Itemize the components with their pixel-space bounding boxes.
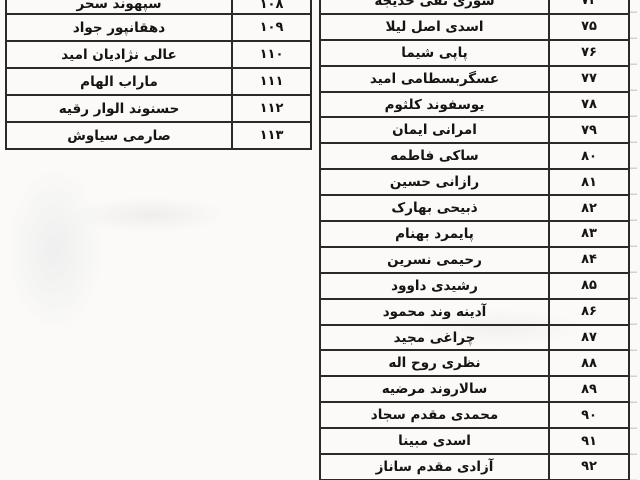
person-name-cell: ساکی فاطمه (321, 144, 548, 168)
table-row: حسنوند الوار رقیه ۱۱۲ (7, 96, 310, 123)
left-roster-table: سپهوند سحر ۱۰۸ دهقانپور جواد ۱۰۹ عالی نژ… (5, 0, 312, 150)
row-number: ۸۵ (581, 278, 597, 293)
person-name-cell: چراغی مجید (321, 326, 548, 350)
row-number: ۸۲ (581, 201, 597, 216)
table-row: نظری روح اله ۸۸ (321, 351, 628, 377)
person-name: اسدی مبینا (398, 433, 471, 449)
row-number: ۹۰ (581, 408, 597, 423)
person-name: عالی نژادیان امید (61, 47, 176, 63)
row-number: ۱۰۹ (260, 20, 284, 35)
row-number-cell: ۱۱۲ (231, 96, 310, 121)
person-name: چراغی مجید (394, 330, 476, 346)
row-number-cell: ۸۸ (548, 351, 628, 375)
person-name: سپهوند سحر (76, 0, 161, 12)
table-row: چراغی مجید ۸۷ (321, 326, 628, 352)
row-number-cell: ۱۰۹ (231, 15, 310, 40)
person-name: سالاروند مرضیه (382, 381, 488, 397)
person-name: یوسفوند کلثوم (385, 97, 485, 113)
table-row: رحیمی نسرین ۸۴ (321, 248, 628, 274)
table-row: ماراب الهام ۱۱۱ (7, 69, 310, 96)
row-number: ۹۲ (581, 459, 597, 474)
person-name-cell: اسدی مبینا (321, 429, 548, 453)
person-name-cell: رحیمی نسرین (321, 248, 548, 272)
row-number-cell: ۷۷ (548, 67, 628, 91)
row-number-cell: ۸۶ (548, 300, 628, 324)
person-name: سوری تقی خدیجه (374, 0, 494, 9)
person-name-cell: سپهوند سحر (7, 0, 231, 13)
row-number-cell: ۸۹ (548, 377, 628, 401)
table-row: ساکی فاطمه ۸۰ (321, 144, 628, 170)
row-number-cell: ۸۴ (548, 248, 628, 272)
row-number: ۸۹ (581, 382, 597, 397)
scan-artifact-ticks (630, 0, 637, 480)
row-number: ۱۰۸ (260, 0, 284, 12)
person-name-cell: رشیدی داوود (321, 274, 548, 298)
row-number-cell: ۹۰ (548, 403, 628, 427)
person-name-cell: حسنوند الوار رقیه (7, 96, 231, 121)
person-name: رحیمی نسرین (387, 252, 482, 268)
row-number: ۱۱۰ (260, 47, 284, 62)
table-row: پایمرد بهنام ۸۳ (321, 222, 628, 248)
person-name-cell: پایمرد بهنام (321, 222, 548, 246)
row-number: ۷۴ (581, 0, 597, 8)
row-number: ۸۸ (581, 356, 597, 371)
person-name: محمدی مقدم سجاد (371, 407, 498, 423)
row-number-cell: ۱۱۱ (231, 69, 310, 94)
table-row: اسدی مبینا ۹۱ (321, 429, 628, 455)
row-number: ۸۷ (581, 330, 597, 345)
person-name: آزادی مقدم ساناز (376, 459, 494, 475)
row-number: ۷۶ (581, 45, 597, 60)
person-name: پاپی شیما (401, 45, 467, 61)
person-name: حسنوند الوار رقیه (59, 101, 180, 117)
person-name: نظری روح اله (388, 355, 480, 371)
table-row: امرانی ایمان ۷۹ (321, 118, 628, 144)
person-name: رازانی حسین (390, 174, 479, 190)
person-name-cell: اسدی اصل لیلا (321, 15, 548, 39)
row-number-cell: ۱۱۰ (231, 42, 310, 67)
row-number: ۱۱۳ (260, 128, 284, 143)
person-name-cell: محمدی مقدم سجاد (321, 403, 548, 427)
person-name-cell: عالی نژادیان امید (7, 42, 231, 67)
row-number-cell: ۱۰۸ (231, 0, 310, 13)
row-number: ۸۶ (581, 304, 597, 319)
row-number-cell: ۸۰ (548, 144, 628, 168)
person-name: ماراب الهام (80, 74, 158, 90)
row-number-cell: ۱۱۳ (231, 123, 310, 148)
person-name: ساکی فاطمه (390, 148, 478, 164)
row-number-cell: ۷۵ (548, 15, 628, 39)
row-number: ۸۰ (581, 149, 597, 164)
person-name: صارمی سیاوش (67, 128, 170, 144)
table-row: صارمی سیاوش ۱۱۳ (7, 123, 310, 148)
row-number: ۸۴ (581, 252, 597, 267)
person-name: اسدی اصل لیلا (385, 19, 483, 35)
table-row: عالی نژادیان امید ۱۱۰ (7, 42, 310, 69)
table-row: آدینه وند محمود ۸۶ (321, 300, 628, 326)
row-number-cell: ۷۶ (548, 41, 628, 65)
row-number-cell: ۸۱ (548, 170, 628, 194)
row-number-cell: ۸۵ (548, 274, 628, 298)
person-name-cell: پاپی شیما (321, 41, 548, 65)
table-row: سالاروند مرضیه ۸۹ (321, 377, 628, 403)
person-name-cell: عسگربسطامی امید (321, 67, 548, 91)
table-row: سپهوند سحر ۱۰۸ (7, 0, 310, 15)
table-row: یوسفوند کلثوم ۷۸ (321, 93, 628, 119)
row-number-cell: ۸۷ (548, 326, 628, 350)
row-number: ۷۹ (581, 123, 597, 138)
table-row: آزادی مقدم ساناز ۹۲ (321, 455, 628, 479)
person-name-cell: صارمی سیاوش (7, 123, 231, 148)
person-name: عسگربسطامی امید (370, 71, 499, 87)
row-number: ۸۳ (581, 226, 597, 241)
person-name-cell: سوری تقی خدیجه (321, 0, 548, 13)
person-name: آدینه وند محمود (383, 304, 487, 320)
person-name-cell: ذبیحی بهارک (321, 196, 548, 220)
person-name: پایمرد بهنام (395, 226, 474, 242)
person-name-cell: رازانی حسین (321, 170, 548, 194)
row-number: ۷۸ (581, 97, 597, 112)
right-roster-table: سوری تقی خدیجه ۷۴ اسدی اصل لیلا ۷۵ پاپی … (319, 0, 630, 480)
person-name-cell: آزادی مقدم ساناز (321, 455, 548, 479)
person-name: دهقانپور جواد (73, 20, 165, 36)
person-name: رشیدی داوود (391, 278, 478, 294)
row-number: ۱۱۲ (260, 101, 284, 116)
table-row: ذبیحی بهارک ۸۲ (321, 196, 628, 222)
table-row: محمدی مقدم سجاد ۹۰ (321, 403, 628, 429)
row-number-cell: ۹۱ (548, 429, 628, 453)
table-row: رشیدی داوود ۸۵ (321, 274, 628, 300)
person-name-cell: آدینه وند محمود (321, 300, 548, 324)
row-number-cell: ۹۲ (548, 455, 628, 479)
row-number: ۷۵ (581, 19, 597, 34)
person-name-cell: یوسفوند کلثوم (321, 93, 548, 117)
person-name-cell: دهقانپور جواد (7, 15, 231, 40)
table-row: سوری تقی خدیجه ۷۴ (321, 0, 628, 15)
row-number: ۸۱ (581, 175, 597, 190)
row-number-cell: ۸۳ (548, 222, 628, 246)
row-number: ۷۷ (581, 71, 597, 86)
table-row: دهقانپور جواد ۱۰۹ (7, 15, 310, 42)
row-number-cell: ۸۲ (548, 196, 628, 220)
table-row: عسگربسطامی امید ۷۷ (321, 67, 628, 93)
row-number: ۱۱۱ (260, 74, 284, 89)
row-number-cell: ۷۸ (548, 93, 628, 117)
table-row: رازانی حسین ۸۱ (321, 170, 628, 196)
table-row: پاپی شیما ۷۶ (321, 41, 628, 67)
person-name: ذبیحی بهارک (391, 200, 477, 216)
person-name-cell: سالاروند مرضیه (321, 377, 548, 401)
row-number: ۹۱ (581, 434, 597, 449)
person-name-cell: ماراب الهام (7, 69, 231, 94)
row-number-cell: ۷۹ (548, 118, 628, 142)
row-number-cell: ۷۴ (548, 0, 628, 13)
person-name-cell: نظری روح اله (321, 351, 548, 375)
person-name-cell: امرانی ایمان (321, 118, 548, 142)
table-row: اسدی اصل لیلا ۷۵ (321, 15, 628, 41)
person-name: امرانی ایمان (392, 122, 477, 138)
